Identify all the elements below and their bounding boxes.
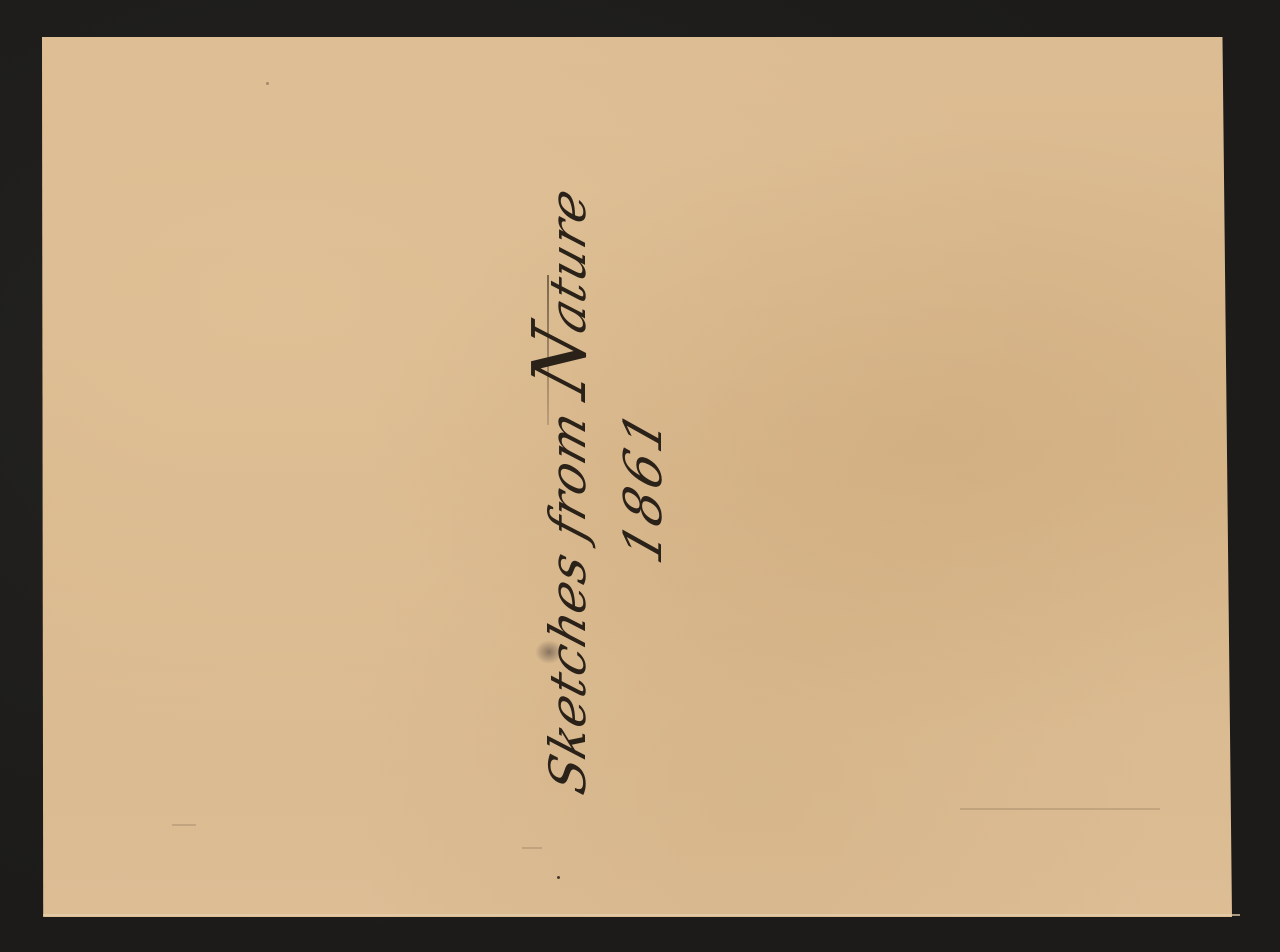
faint-paper-mark — [522, 847, 542, 849]
faint-paper-mark — [960, 808, 1160, 810]
faint-paper-mark — [172, 824, 196, 826]
paper-bottom-edge — [43, 914, 1240, 916]
paper-speck — [266, 82, 269, 85]
paper-speck — [557, 876, 560, 879]
paper-sheet — [42, 37, 1232, 917]
